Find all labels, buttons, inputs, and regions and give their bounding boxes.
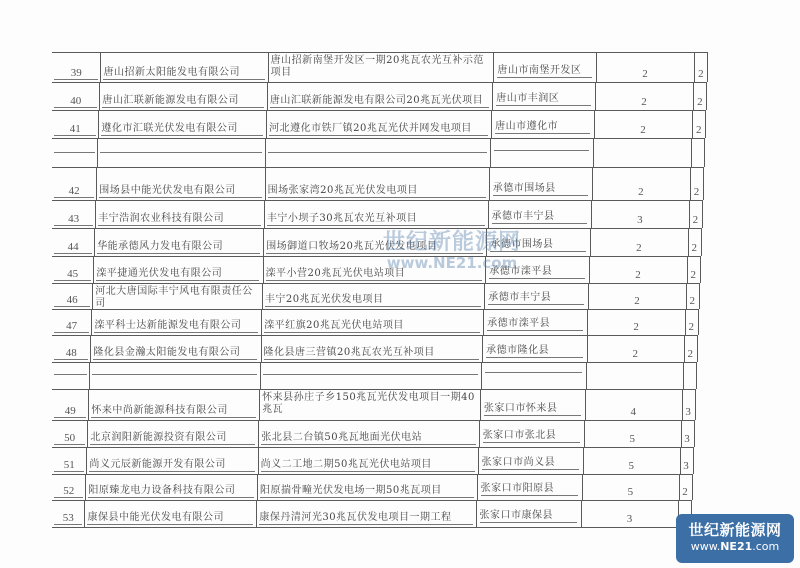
row-number: 44 bbox=[54, 241, 92, 254]
row-number: 52 bbox=[54, 485, 83, 498]
scanned-document-page: 39唐山招新太阳能发电有限公司唐山招新南堡开发区一期20兆瓦农光互补示范项目唐山… bbox=[0, 0, 800, 568]
table-column-divider bbox=[486, 228, 487, 256]
project-name: 围场御道口牧场20兆瓦光伏发电项目 bbox=[266, 241, 483, 254]
company-name: 丰宁浩润农业科技有限公司 bbox=[98, 213, 261, 226]
table-column-divider bbox=[701, 228, 702, 256]
logo-url-suffix: .com bbox=[752, 540, 779, 553]
table-column-divider bbox=[87, 420, 88, 447]
table-column-divider bbox=[97, 138, 98, 167]
company-name: 河北大唐国际丰宁风电有限责任公司 bbox=[95, 286, 259, 310]
table-row-divider bbox=[52, 527, 690, 528]
project-name: 康保丹清河光30兆瓦伏发电项目一期工程 bbox=[259, 512, 472, 525]
table-column-divider bbox=[92, 283, 93, 309]
table-column-divider bbox=[707, 52, 708, 82]
table-column-divider bbox=[702, 200, 703, 228]
table-column-divider bbox=[261, 309, 262, 335]
capacity-value-b: 2 bbox=[693, 96, 706, 108]
table-column-divider bbox=[705, 110, 706, 138]
capacity-value-a: 2 bbox=[592, 186, 690, 198]
table-row-divider bbox=[52, 110, 706, 111]
table-column-divider bbox=[265, 138, 266, 167]
table-column-divider bbox=[99, 82, 100, 110]
table-column-divider bbox=[683, 362, 684, 389]
project-name: 丰宁小坝子30兆瓦农光互补项目 bbox=[267, 213, 485, 226]
row-number: 53 bbox=[54, 512, 82, 525]
company-name: 滦平捷通光伏发电有限公司 bbox=[96, 268, 259, 281]
project-location: 张家口市尚义县 bbox=[482, 457, 579, 470]
table-column-divider bbox=[85, 474, 86, 500]
capacity-value-a: 2 bbox=[590, 242, 688, 254]
table-column-divider bbox=[485, 256, 486, 283]
table-column-divider bbox=[96, 167, 97, 200]
row-number: 51 bbox=[54, 459, 84, 472]
table-column-divider bbox=[488, 200, 489, 228]
table-row-divider bbox=[52, 447, 693, 448]
table-row-divider bbox=[52, 167, 704, 168]
row-number: 45 bbox=[54, 268, 91, 281]
table-column-divider bbox=[697, 335, 698, 362]
table-column-divider bbox=[95, 200, 96, 228]
project-table: 39唐山招新太阳能发电有限公司唐山招新南堡开发区一期20兆瓦农光互补示范项目唐山… bbox=[0, 0, 800, 568]
table-row-divider bbox=[52, 283, 699, 284]
project-name bbox=[263, 374, 478, 375]
table-column-divider bbox=[263, 228, 264, 256]
table-row-divider bbox=[52, 474, 692, 475]
row-number: 39 bbox=[54, 67, 98, 80]
project-location: 承德市围场县 bbox=[490, 239, 586, 252]
table-column-divider bbox=[476, 500, 477, 527]
project-location: 唐山市丰润区 bbox=[496, 93, 590, 106]
company-name bbox=[100, 152, 262, 153]
row-number: 43 bbox=[54, 213, 93, 226]
capacity-value-b: 2 bbox=[687, 269, 700, 281]
table-column-divider bbox=[484, 283, 485, 309]
capacity-value-b: 2 bbox=[690, 186, 703, 198]
project-location: 张家口市康保县 bbox=[480, 510, 578, 523]
table-column-divider bbox=[86, 447, 87, 474]
table-column-divider bbox=[492, 82, 493, 110]
capacity-value-a: 5 bbox=[584, 433, 681, 445]
project-name: 滦平红旗20兆瓦光伏电站项目 bbox=[264, 320, 480, 333]
capacity-value-a: 3 bbox=[581, 513, 677, 525]
logo-url: www.NE21.com bbox=[676, 539, 794, 555]
project-name bbox=[268, 152, 487, 153]
capacity-value-b: 2 bbox=[679, 486, 692, 498]
table-column-divider bbox=[482, 335, 483, 362]
table-column-divider bbox=[263, 256, 264, 283]
table-row-divider bbox=[52, 362, 696, 363]
project-name: 丰宁20兆瓦光伏发电项目 bbox=[265, 294, 481, 307]
table-row-divider bbox=[52, 200, 702, 201]
capacity-value-a: 5 bbox=[583, 460, 679, 472]
row-number: 42 bbox=[54, 185, 94, 198]
table-column-divider bbox=[91, 309, 92, 335]
table-column-divider bbox=[593, 138, 594, 167]
table-column-divider bbox=[257, 474, 258, 500]
company-name: 唐山汇联新能源发电有限公司 bbox=[102, 95, 263, 108]
capacity-value-b: 2 bbox=[685, 321, 698, 333]
table-column-divider bbox=[700, 256, 701, 283]
table-column-divider bbox=[478, 447, 479, 474]
table-column-divider bbox=[694, 420, 695, 447]
project-location: 张家口市张北县 bbox=[483, 430, 580, 443]
project-name: 围场张家湾20兆瓦光伏发电项目 bbox=[268, 185, 486, 198]
row-number bbox=[54, 374, 87, 375]
table-column-divider bbox=[265, 167, 266, 200]
table-row-divider bbox=[52, 228, 701, 229]
table-column-divider bbox=[261, 335, 262, 362]
project-location bbox=[485, 372, 582, 373]
table-column-divider bbox=[98, 110, 99, 138]
table-row-divider bbox=[52, 256, 700, 257]
table-column-divider bbox=[696, 362, 697, 389]
table-column-divider bbox=[481, 362, 482, 389]
table-column-divider bbox=[479, 420, 480, 447]
company-name: 阳原臻龙电力设备科技有限公司 bbox=[88, 485, 254, 498]
project-location: 承德市丰宁县 bbox=[488, 292, 584, 305]
capacity-value-a: 2 bbox=[595, 96, 694, 108]
table-column-divider bbox=[256, 500, 257, 527]
capacity-value-b: 2 bbox=[684, 348, 697, 360]
company-name: 唐山招新太阳能发电有限公司 bbox=[103, 67, 264, 80]
table-column-divider bbox=[693, 447, 694, 474]
table-row-divider bbox=[52, 420, 694, 421]
project-name: 滦平小营20兆瓦光伏电站项目 bbox=[266, 268, 483, 281]
table-column-divider bbox=[267, 82, 268, 110]
table-row-divider bbox=[52, 500, 691, 501]
project-location: 唐山市南堡开发区 bbox=[497, 65, 591, 78]
table-column-divider bbox=[100, 52, 101, 82]
table-column-divider bbox=[480, 389, 481, 420]
table-column-divider bbox=[698, 309, 699, 335]
row-number: 47 bbox=[54, 320, 89, 333]
table-column-divider bbox=[266, 110, 267, 138]
table-column-divider bbox=[699, 283, 700, 309]
table-column-divider bbox=[477, 474, 478, 500]
capacity-value-b: 2 bbox=[689, 214, 702, 226]
project-location: 唐山市遵化市 bbox=[495, 121, 590, 134]
company-name: 华能承德风力发电有限公司 bbox=[97, 241, 260, 254]
project-name: 唐山汇联新能源发电有限公司20兆瓦光伏项目 bbox=[270, 95, 489, 108]
logo-url-prefix: www. bbox=[691, 540, 720, 553]
capacity-value-b: 2 bbox=[688, 242, 701, 254]
company-name: 康保县中能光伏发电有限公司 bbox=[87, 512, 253, 525]
capacity-value-b: 3 bbox=[682, 406, 695, 418]
capacity-value-a: 3 bbox=[591, 214, 689, 226]
table-column-divider bbox=[490, 138, 491, 167]
capacity-value-a: 2 bbox=[587, 321, 684, 333]
table-row-divider bbox=[52, 52, 708, 53]
table-column-divider bbox=[491, 110, 492, 138]
table-column-divider bbox=[493, 52, 494, 82]
row-number: 48 bbox=[54, 347, 88, 360]
capacity-value-a: 5 bbox=[582, 486, 678, 498]
company-name: 滦平科士达新能源发电有限公司 bbox=[94, 320, 258, 333]
table-column-divider bbox=[94, 228, 95, 256]
table-column-divider bbox=[695, 389, 696, 420]
table-column-divider bbox=[259, 389, 260, 420]
table-column-divider bbox=[93, 256, 94, 283]
project-location: 张家口市怀来县 bbox=[484, 403, 581, 416]
project-location: 张家口市阳原县 bbox=[481, 483, 579, 496]
row-number bbox=[54, 152, 95, 153]
table-column-divider bbox=[258, 447, 259, 474]
company-name: 隆化县金瀚太阳能发电有限公司 bbox=[93, 347, 257, 360]
project-name: 怀来县孙庄子乡150兆瓦光伏发电项目一期40兆瓦 bbox=[262, 392, 477, 416]
table-row-divider bbox=[52, 138, 705, 139]
company-name bbox=[92, 374, 256, 375]
table-column-divider bbox=[691, 138, 692, 167]
project-location bbox=[494, 150, 589, 151]
capacity-value-a: 4 bbox=[585, 406, 682, 418]
logo-name: 世纪新能源网 bbox=[676, 521, 794, 539]
capacity-value-b: 3 bbox=[680, 460, 693, 472]
capacity-value-b: 2 bbox=[692, 124, 705, 136]
row-number: 41 bbox=[54, 123, 96, 136]
project-location: 承德市滦平县 bbox=[487, 318, 583, 331]
capacity-value-a: 2 bbox=[594, 124, 693, 136]
table-column-divider bbox=[268, 52, 269, 82]
table-column-divider bbox=[264, 200, 265, 228]
table-column-divider bbox=[489, 167, 490, 200]
table-column-divider bbox=[704, 138, 705, 167]
logo-url-brand: NE21 bbox=[720, 540, 752, 553]
table-row-divider bbox=[52, 335, 697, 336]
site-logo-badge[interactable]: 世纪新能源网 www.NE21.com bbox=[676, 514, 794, 563]
capacity-value-b: 2 bbox=[694, 68, 707, 80]
table-column-divider bbox=[703, 167, 704, 200]
table-row-divider bbox=[52, 389, 695, 390]
company-name: 怀来中尚新能源科技有限公司 bbox=[91, 405, 256, 418]
project-name: 唐山招新南堡开发区一期20兆瓦农光互补示范项目 bbox=[271, 55, 491, 79]
capacity-value-a: 2 bbox=[589, 269, 687, 281]
capacity-value-a: 2 bbox=[596, 68, 695, 80]
table-row-divider bbox=[52, 82, 707, 83]
company-name: 遵化市汇联光伏发电有限公司 bbox=[101, 123, 263, 136]
company-name: 围场县中能光伏发电有限公司 bbox=[99, 185, 261, 198]
table-column-divider bbox=[260, 362, 261, 389]
table-column-divider bbox=[692, 474, 693, 500]
company-name: 北京润阳新能源投资有限公司 bbox=[90, 432, 255, 445]
table-column-divider bbox=[258, 420, 259, 447]
row-number: 46 bbox=[54, 294, 90, 307]
capacity-value-a: 2 bbox=[588, 295, 685, 307]
row-number: 49 bbox=[54, 405, 86, 418]
project-name: 张北县二台镇50兆瓦地面光伏电站 bbox=[261, 432, 475, 445]
table-column-divider bbox=[89, 362, 90, 389]
project-name: 隆化县唐三营镇20兆瓦农光互补项目 bbox=[264, 347, 480, 360]
project-location: 承德市隆化县 bbox=[486, 345, 582, 358]
table-column-divider bbox=[88, 389, 89, 420]
project-location: 承德市丰宁县 bbox=[492, 211, 587, 224]
project-location: 承德市围场县 bbox=[493, 183, 588, 196]
table-column-divider bbox=[586, 362, 587, 389]
project-name: 河北遵化市铁厂镇20兆瓦光伏并网发电项目 bbox=[269, 123, 488, 136]
capacity-value-a: 2 bbox=[587, 348, 684, 360]
project-name: 尚义二工地二期50兆瓦光伏电站项目 bbox=[261, 459, 475, 472]
company-name: 尚义元辰新能源开发有限公司 bbox=[89, 459, 254, 472]
table-column-divider bbox=[90, 335, 91, 362]
capacity-value-b: 3 bbox=[681, 433, 694, 445]
row-number: 50 bbox=[54, 432, 85, 445]
table-column-divider bbox=[706, 82, 707, 110]
project-location: 承德市滦平县 bbox=[489, 266, 585, 279]
table-column-divider bbox=[262, 283, 263, 309]
capacity-value-b: 2 bbox=[686, 295, 699, 307]
project-name: 阳原揣骨疃光伏发电场一期50兆瓦项目 bbox=[260, 485, 474, 498]
row-number: 40 bbox=[54, 95, 97, 108]
table-column-divider bbox=[84, 500, 85, 527]
table-column-divider bbox=[483, 309, 484, 335]
